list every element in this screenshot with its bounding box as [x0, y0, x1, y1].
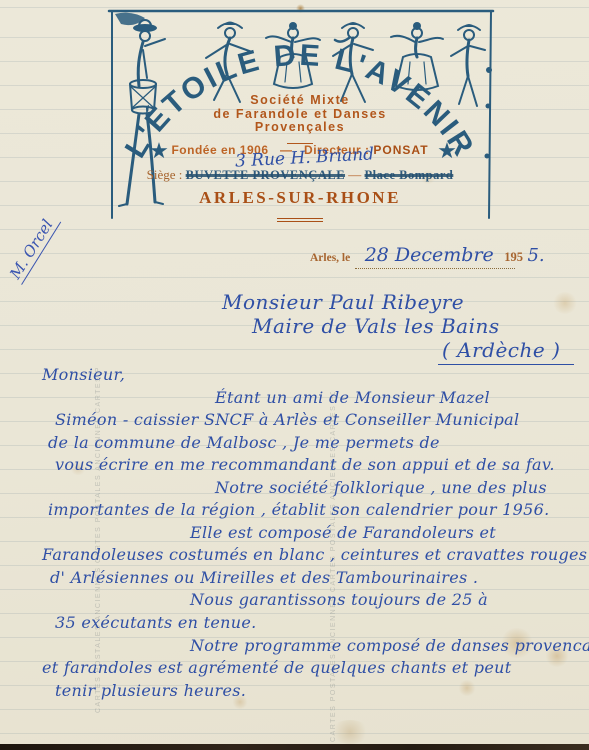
paper-stain — [552, 292, 578, 314]
letter-line: Farandoleuses costumés en blanc , ceintu… — [40, 544, 587, 567]
subtitle-line: Société Mixte — [115, 94, 485, 108]
date-rule — [355, 268, 515, 269]
siege-label: Siège : — [147, 167, 183, 182]
scanned-letter-page: CARTES POSTALES ANCIENNES CARTES POSTALE… — [0, 0, 589, 750]
letter-line: Notre société folklorique , une des plus — [40, 477, 587, 500]
paper-stain — [330, 720, 370, 744]
date-printed-prefix: Arles, le — [310, 252, 350, 264]
letter-line: de la commune de Malbosc , Je me permets… — [40, 432, 587, 455]
letter-line: Notre programme composé de danses proven… — [40, 635, 587, 658]
letter-body: Monsieur,Étant un ami de Monsieur MazelS… — [40, 364, 587, 702]
director-name: PONSAT — [373, 143, 428, 157]
siege-crossed-out: Place Bompard — [365, 168, 454, 182]
letter-line: importantes de la région , établit son c… — [40, 499, 587, 522]
recipient-name: Monsieur Paul Ribeyre — [222, 290, 464, 314]
subtitle-line: Provençales — [115, 121, 485, 135]
dash: — — [348, 167, 361, 182]
city-name: ARLES-SUR-RHONE — [115, 188, 485, 208]
siege-line: Siège : BUVETTE PROVENÇALE — Place Bompa… — [115, 167, 485, 183]
recipient-department: ( Ardèche ) — [438, 338, 574, 362]
handwritten-year-digit: 5. — [527, 245, 544, 266]
handwritten-date: 28 Decembre — [365, 244, 494, 266]
date-printed-year: 195 — [504, 250, 523, 264]
letter-line: d' Arlésiennes ou Mireilles et des Tambo… — [40, 567, 587, 590]
recipient-title: Maire de Vals les Bains — [252, 314, 500, 338]
recipient-department-text: ( Ardèche ) — [438, 338, 574, 365]
letter-line: et farandoles est agrémenté de quelques … — [40, 657, 587, 680]
date-line: Arles, le 28 Decembre 195 5. — [310, 244, 545, 266]
margin-note: M. Orcel — [5, 211, 61, 285]
letter-line: Étant un ami de Monsieur Mazel — [40, 387, 587, 410]
siege-crossed-out: BUVETTE PROVENÇALE — [186, 168, 345, 182]
ornament-divider — [115, 209, 485, 227]
letterhead: L'ÉTOILE DE L'AVENIR ★ ★ Société Mixte d… — [95, 6, 505, 232]
letter-line: Siméon - caissier SNCF à Arlès et Consei… — [40, 409, 587, 432]
subtitle-line: de Farandole et Danses — [115, 108, 485, 122]
letter-line: 35 exécutants en tenue. — [40, 612, 587, 635]
letter-line: Nous garantissons toujours de 25 à — [40, 589, 587, 612]
letter-line: Elle est composé de Farandoleurs et — [40, 522, 587, 545]
society-subtitle: Société Mixte de Farandole et Danses Pro… — [115, 94, 485, 135]
letter-line: vous écrire en me recommandant de son ap… — [40, 454, 587, 477]
scan-bottom-edge — [0, 744, 589, 750]
letter-line: Monsieur, — [40, 364, 587, 387]
letter-line: tenir plusieurs heures. — [40, 680, 587, 703]
